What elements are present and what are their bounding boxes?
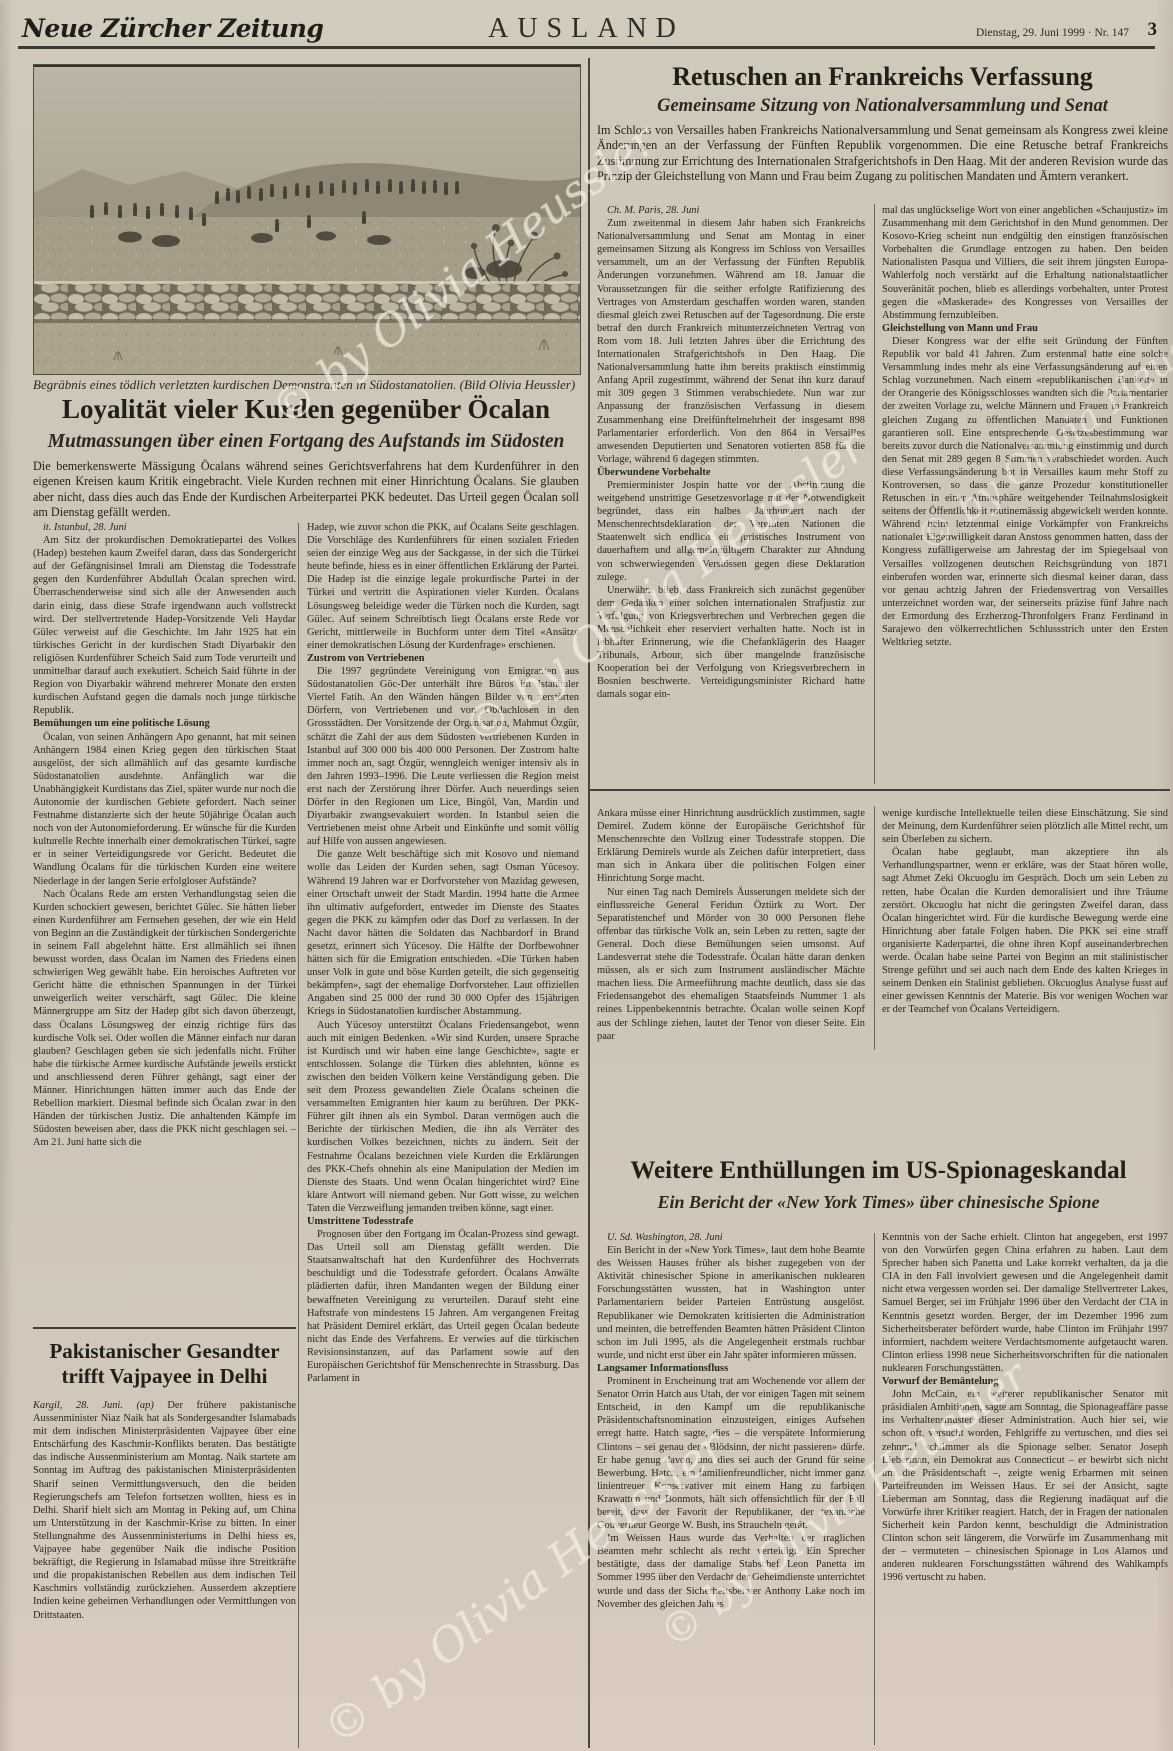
retuschen-headline: Retuschen an Frankreichs Verfassung [597,62,1168,92]
paragraph: Zum zweitenmal in diesem Jahr haben sich… [597,217,865,466]
pakistan-divider [33,1327,296,1329]
column-rule [874,806,875,1050]
kurden-column-1: it. Istanbul, 28. Juni Am Sitz der proku… [33,521,296,1320]
kurden-lead: Die bemerkenswerte Mässigung Öcalans wäh… [33,459,579,520]
retuschen-column-1: Ch. M. Paris, 28. Juni Zum zweitenmal in… [597,204,865,786]
retuschen-crosshead-2: Gleichstellung von Mann und Frau [882,322,1168,335]
pakistan-headline: Pakistanischer Gesandter trifft Vajpayee… [33,1339,296,1389]
column-rule [874,204,875,784]
paragraph: John McCain, ein weiterer republikanisch… [882,1388,1168,1584]
paragraph: Premierminister Jospin hatte vor der Abs… [597,479,865,584]
spionage-subhead: Ein Bericht der «New York Times» über ch… [589,1192,1168,1213]
page-number: 3 [1148,19,1158,41]
paragraph: Öcalan, von seinen Anhängern Apo genannt… [33,731,296,888]
paragraph: Prominent in Erscheinung trat am Wochene… [597,1375,865,1532]
retuschen-byline: Ch. M. Paris, 28. Juni [597,204,865,217]
paragraph: Kenntnis von der Sache erhielt. Clinton … [882,1231,1168,1375]
retuschen-crosshead-1: Überwundene Vorbehalte [597,466,865,479]
pakistan-article: Pakistanischer Gesandter trifft Vajpayee… [33,1339,296,1748]
issue-dateline: Dienstag, 29. Juni 1999 · Nr. 147 [976,27,1129,39]
paragraph: Am Sitz der prokurdischen Demokratiepart… [33,534,296,717]
half-page-rule [588,58,590,1748]
paragraph: Ein Bericht in der «New York Times», lau… [597,1244,865,1362]
paragraph: Nur einen Tag nach Demirels Äusserungen … [597,886,865,1043]
paragraph: Kargil, 28. Juni. (ap) Der frühere pakis… [33,1399,296,1622]
section-divider [590,789,1170,791]
newspaper-page: Neue Zürcher Zeitung AUSLAND Dienstag, 2… [0,0,1173,1751]
paragraph: mal das unglückselige Wort von einer ang… [882,204,1168,322]
kurden-headline: Loyalität vieler Kurden gegenüber Öcalan [33,394,579,425]
column-rule [874,1233,875,1745]
kurden-subhead: Mutmassungen über einen Fortgang des Auf… [33,431,579,453]
photo-caption: Begräbnis eines tödlich verletzten kurdi… [33,377,579,392]
paragraph: Prognosen über den Fortgang im Öcalan-Pr… [307,1228,579,1385]
column-rule [298,523,299,1748]
header-rule [18,46,1155,49]
kurden-column-2: Hadep, wie zuvor schon die PKK, auf Öcal… [307,521,579,1748]
spionage-headline: Weitere Enthüllungen im US-Spionageskand… [589,1157,1168,1185]
paragraph: Die 1997 gegründete Vereinigung von Emig… [307,665,579,848]
paragraph: Öcalan habe geglaubt, man akzeptiere ihn… [882,846,1168,1016]
oecalan-cont-column-1: Ankara müsse einer Hinrichtung ausdrückl… [597,807,865,1050]
spionage-crosshead-2: Vorwurf der Bemäntelung [882,1375,1168,1388]
kurden-byline: it. Istanbul, 28. Juni [33,521,296,534]
paragraph: Auch Yücesoy unterstützt Öcalans Frieden… [307,1019,579,1215]
paragraph: Unerwähnt blieb, dass Frankreich sich zu… [597,584,865,702]
paragraph: Nach Öcalans Rede am ersten Verhandlungs… [33,888,296,1150]
spionage-column-1: U. Sd. Washington, 28. Juni Ein Bericht … [597,1231,865,1745]
retuschen-lead: Im Schloss von Versailles haben Frankrei… [597,123,1168,184]
paragraph: Die ganze Welt beschäftige sich mit Koso… [307,848,579,1018]
kurden-crosshead-2: Zustrom von Vertriebenen [307,652,579,665]
stone-wall [34,283,580,320]
retuschen-subhead: Gemeinsame Sitzung von Nationalversammlu… [597,96,1168,117]
spionage-byline: U. Sd. Washington, 28. Juni [597,1231,865,1244]
news-photo [33,64,581,375]
paragraph: Ankara müsse einer Hinrichtung ausdrückl… [597,807,865,886]
pakistan-dateline: Kargil, 28. Juni. (ap) [33,1400,154,1411]
paragraph: Hadep, wie zuvor schon die PKK, auf Öcal… [307,521,579,652]
paragraph: Dieser Kongress war der elfte seit Gründ… [882,335,1168,649]
paragraph: wenige kurdische Intellektuelle teilen d… [882,807,1168,846]
spionage-column-2: Kenntnis von der Sache erhielt. Clinton … [882,1231,1168,1745]
spionage-crosshead-1: Langsamer Informationsfluss [597,1362,865,1375]
funeral-photo-illustration [34,65,580,374]
retuschen-column-2: mal das unglückselige Wort von einer ang… [882,204,1168,786]
paragraph: Im Weissen Haus wurde das Verhalten der … [597,1532,865,1611]
kurden-crosshead-3: Umstrittene Todesstrafe [307,1215,579,1228]
oecalan-cont-column-2: wenige kurdische Intellektuelle teilen d… [882,807,1168,1050]
kurden-crosshead-1: Bemühungen um eine politische Lösung [33,717,296,730]
